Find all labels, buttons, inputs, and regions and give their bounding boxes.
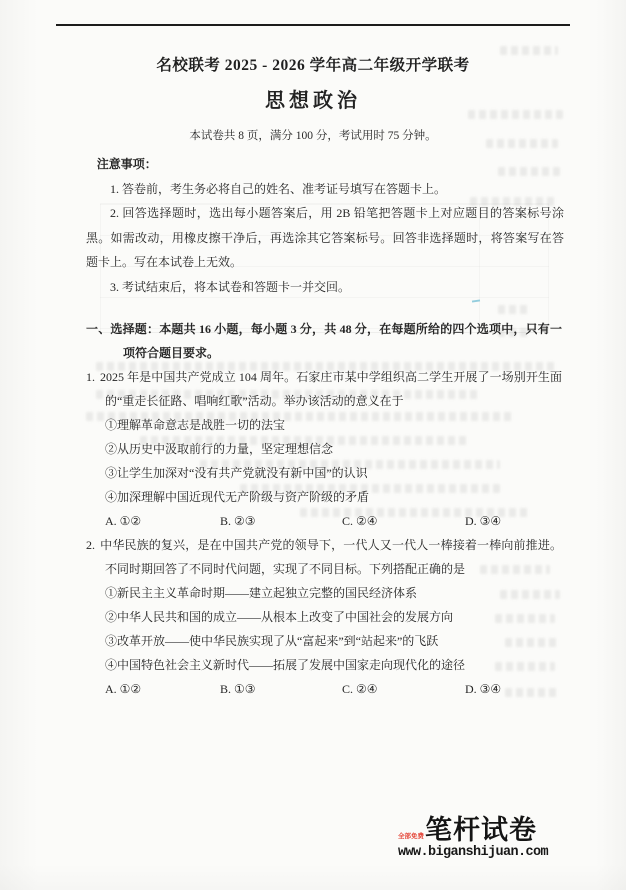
options-row: A. ①② B. ②③ C. ②④ D. ③④	[105, 509, 562, 533]
option-b: B. ②③	[220, 509, 342, 533]
statement: ②从历史中汲取前行的力量，坚定理想信念	[105, 437, 562, 461]
watermark-brand-row: 全部免费 笔杆试卷	[398, 817, 573, 844]
question-2: 2.中华民族的复兴，是在中国共产党的领导下，一代人又一代人一棒接着一棒向前推进。…	[86, 533, 562, 701]
option-b: B. ①③	[220, 677, 342, 701]
notice-item: 3. 考试结束后，将本试卷和答题卡一并交回。	[86, 275, 564, 300]
section-heading: 一、选择题：本题共 16 小题，每小题 3 分，共 48 分，在每题所给的四个选…	[86, 317, 562, 365]
statement: ①新民主主义革命时期——建立起独立完整的国民经济体系	[105, 581, 562, 605]
option-d: D. ③④	[465, 677, 562, 701]
scanned-exam-document: { "header": { "exam_title": "名校联考 2025 -…	[0, 0, 626, 890]
watermark-free-label: 全部免费	[398, 831, 424, 840]
option-a: A. ①②	[105, 509, 220, 533]
exam-title: 名校联考 2025 - 2026 学年高二年级开学联考	[0, 53, 626, 75]
statement: ④加深理解中国近现代无产阶级与资产阶级的矛盾	[105, 485, 562, 509]
notice-item: 1. 答卷前，考生务必将自己的姓名、准考证号填写在答题卡上。	[86, 177, 564, 202]
watermark-url: www.biganshijuan.com	[398, 845, 573, 860]
question-stem-text: 2025 年是中国共产党成立 104 周年。石家庄市某中学组织高二学生开展了一场…	[100, 370, 562, 408]
questions-area: 一、选择题：本题共 16 小题，每小题 3 分，共 48 分，在每题所给的四个选…	[86, 317, 562, 701]
statement: ②中华人民共和国的成立——从根本上改变了中国社会的发展方向	[105, 605, 562, 629]
statement: ③让学生加深对“没有共产党就没有新中国”的认识	[105, 461, 562, 485]
option-c: C. ②④	[342, 677, 465, 701]
statement: ④中国特色社会主义新时代——拓展了发展中国家走向现代化的途径	[105, 653, 562, 677]
subject-title: 思想政治	[0, 84, 626, 113]
question-1: 1.2025 年是中国共产党成立 104 周年。石家庄市某中学组织高二学生开展了…	[86, 365, 562, 533]
showthrough-text	[498, 305, 528, 314]
statement: ③改革开放——使中华民族实现了从“富起来”到“站起来”的飞跃	[105, 629, 562, 653]
statement: ①理解革命意志是战胜一切的法宝	[105, 413, 562, 437]
notice-item: 2. 回答选择题时，选出每小题答案后，用 2B 铅笔把答题卡上对应题目的答案标号…	[86, 201, 564, 275]
watermark-brand: 笔杆试卷	[425, 817, 537, 844]
option-d: D. ③④	[465, 509, 562, 533]
top-rule	[56, 24, 570, 26]
option-c: C. ②④	[342, 509, 465, 533]
question-number: 2.	[86, 538, 95, 552]
question-stem: 2.中华民族的复兴，是在中国共产党的领导下，一代人又一代人一棒接着一棒向前推进。…	[105, 533, 562, 581]
question-number: 1.	[86, 370, 95, 384]
watermark: 全部免费 笔杆试卷 www.biganshijuan.com	[398, 817, 573, 860]
question-stem-text: 中华民族的复兴，是在中国共产党的领导下，一代人又一代人一棒接着一棒向前推进。不同…	[100, 538, 562, 576]
options-row: A. ①② B. ①③ C. ②④ D. ③④	[105, 677, 562, 701]
notice-section: 注意事项： 1. 答卷前，考生务必将自己的姓名、准考证号填写在答题卡上。 2. …	[86, 152, 564, 299]
exam-info: 本试卷共 8 页，满分 100 分，考试用时 75 分钟。	[0, 127, 626, 143]
question-stem: 1.2025 年是中国共产党成立 104 周年。石家庄市某中学组织高二学生开展了…	[105, 365, 562, 413]
notice-heading: 注意事项：	[86, 152, 564, 177]
option-a: A. ①②	[105, 677, 220, 701]
